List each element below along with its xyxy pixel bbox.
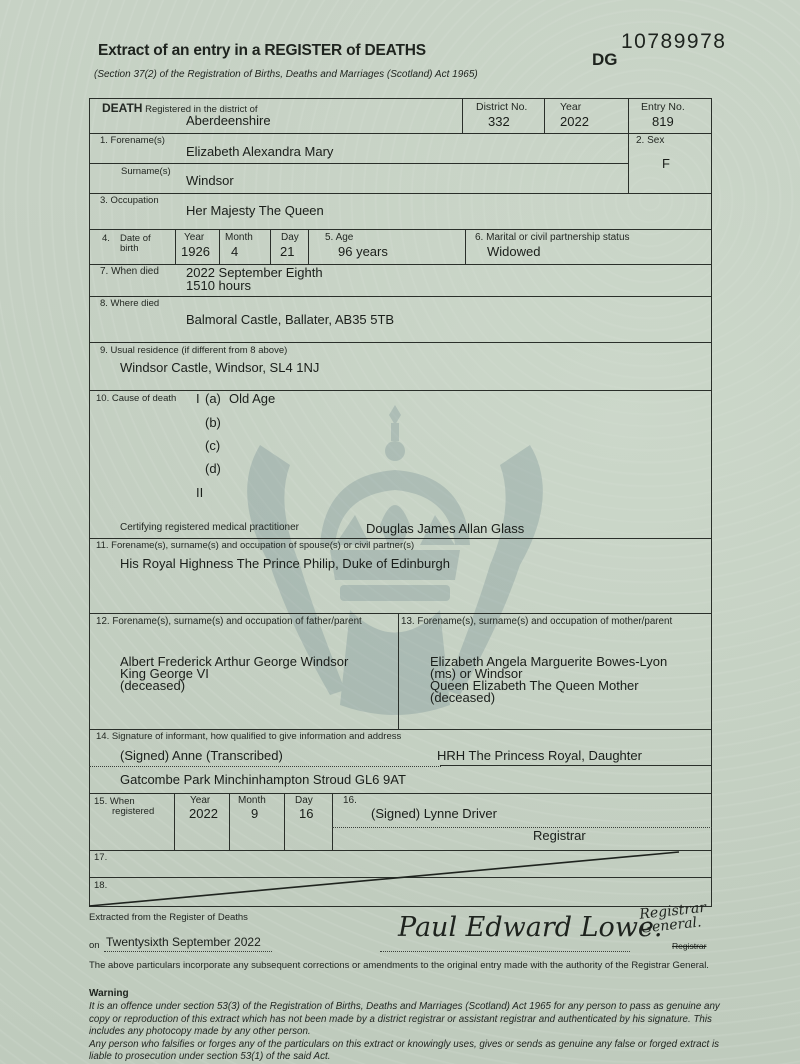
dob-day-label: Day xyxy=(281,233,299,244)
father-label: 12. Forename(s), surname(s) and occupati… xyxy=(96,617,362,627)
registrar-printed-label: Registrar xyxy=(672,941,706,951)
extract-date: Twentysixth September 2022 xyxy=(106,936,261,948)
when-died-time: 1510 hours xyxy=(186,279,251,292)
cause-c-label: (c) xyxy=(205,439,220,452)
dob-month-value: 4 xyxy=(231,245,238,258)
reg-month-label: Month xyxy=(238,796,266,807)
registrar-signature: (Signed) Lynne Driver xyxy=(371,807,497,820)
entry-no-value: 819 xyxy=(652,115,674,128)
sex-value: F xyxy=(662,157,670,170)
reg-month-value: 9 xyxy=(251,807,258,820)
cause-b-label: (b) xyxy=(205,416,221,429)
district-no-label: District No. xyxy=(476,102,527,113)
spouse-value: His Royal Highness The Prince Philip, Du… xyxy=(120,557,450,570)
occupation-label: 3. Occupation xyxy=(100,196,159,206)
dob-label-num: 4. xyxy=(102,234,110,244)
dob-label: Date of birth xyxy=(120,234,168,254)
serial-number: 10789978 xyxy=(621,30,726,54)
warning-title: Warning xyxy=(89,988,129,999)
occupation-value: Her Majesty The Queen xyxy=(186,204,324,217)
where-died-label: 8. Where died xyxy=(100,299,159,309)
cause-d-label: (d) xyxy=(205,462,221,475)
informant-signature: (Signed) Anne (Transcribed) xyxy=(120,749,283,762)
row-18-label: 18. xyxy=(94,881,107,891)
father-line-3: (deceased) xyxy=(120,679,185,692)
dob-year-label: Year xyxy=(184,233,204,244)
certifier-label: Certifying registered medical practition… xyxy=(120,523,299,534)
forenames-value: Elizabeth Alexandra Mary xyxy=(186,145,333,158)
mother-label: 13. Forename(s), surname(s) and occupati… xyxy=(401,617,672,627)
surname-label: Surname(s) xyxy=(121,167,171,177)
residence-value: Windsor Castle, Windsor, SL4 1NJ xyxy=(120,361,319,374)
registered-label: 15. Whenregistered xyxy=(94,797,164,817)
cause-a-value: Old Age xyxy=(229,392,275,405)
document-title: Extract of an entry in a REGISTER of DEA… xyxy=(98,42,426,60)
reg-year-value: 2022 xyxy=(189,807,218,820)
reg-day-label: Day xyxy=(295,796,313,807)
row-17-label: 17. xyxy=(94,853,107,863)
district-no-value: 332 xyxy=(488,115,510,128)
warning-paragraph-1: It is an offence under section 53(3) of … xyxy=(89,1001,739,1039)
spouse-label: 11. Forename(s), surname(s) and occupati… xyxy=(96,541,414,551)
marital-status-label: 6. Marital or civil partnership status xyxy=(475,233,630,244)
cause-part1-marker: I xyxy=(196,392,200,405)
surname-value: Windsor xyxy=(186,174,234,187)
series-prefix: DG xyxy=(592,50,618,70)
marital-status-value: Widowed xyxy=(487,245,540,258)
on-label: on xyxy=(89,940,100,951)
dob-day-value: 21 xyxy=(280,245,294,258)
cancellation-line xyxy=(89,848,712,908)
informant-qualification: HRH The Princess Royal, Daughter xyxy=(437,749,642,762)
age-label: 5. Age xyxy=(325,233,353,244)
dob-year-value: 1926 xyxy=(181,245,210,258)
registrar-general-signature: Paul Edward Lowe. xyxy=(398,912,663,943)
cause-a-label: (a) xyxy=(205,392,221,405)
reg-year-label: Year xyxy=(190,796,210,807)
informant-address: Gatcombe Park Minchinhampton Stroud GL6 … xyxy=(120,773,406,786)
mother-line-4: (deceased) xyxy=(430,691,495,704)
document-subtitle: (Section 37(2) of the Registration of Bi… xyxy=(94,69,478,80)
warning-paragraph-2: Any person who falsifies or forges any o… xyxy=(89,1039,739,1064)
certifier-value: Douglas James Allan Glass xyxy=(366,522,524,535)
residence-label: 9. Usual residence (if different from 8 … xyxy=(100,346,287,356)
cause-part2-marker: II xyxy=(196,486,203,499)
when-died-label: 7. When died xyxy=(100,267,159,278)
where-died-value: Balmoral Castle, Ballater, AB35 5TB xyxy=(186,313,394,326)
year-value: 2022 xyxy=(560,115,589,128)
district-value: Aberdeenshire xyxy=(186,114,271,127)
corrections-note: The above particulars incorporate any su… xyxy=(89,960,739,972)
reg-day-value: 16 xyxy=(299,807,313,820)
sex-label: 2. Sex xyxy=(636,136,664,147)
year-label: Year xyxy=(560,102,581,113)
age-value: 96 years xyxy=(338,245,388,258)
registrar-title: Registrar xyxy=(533,829,586,842)
informant-label: 14. Signature of informant, how qualifie… xyxy=(96,732,401,742)
cause-label: 10. Cause of death xyxy=(96,394,176,404)
forenames-label: 1. Forename(s) xyxy=(100,136,165,146)
warning-text: It is an offence under section 53(3) of … xyxy=(89,1001,739,1064)
dob-month-label: Month xyxy=(225,233,253,244)
extracted-label: Extracted from the Register of Deaths xyxy=(89,912,248,923)
entry-no-label: Entry No. xyxy=(641,102,685,113)
registrar-label-num: 16. xyxy=(343,796,357,807)
